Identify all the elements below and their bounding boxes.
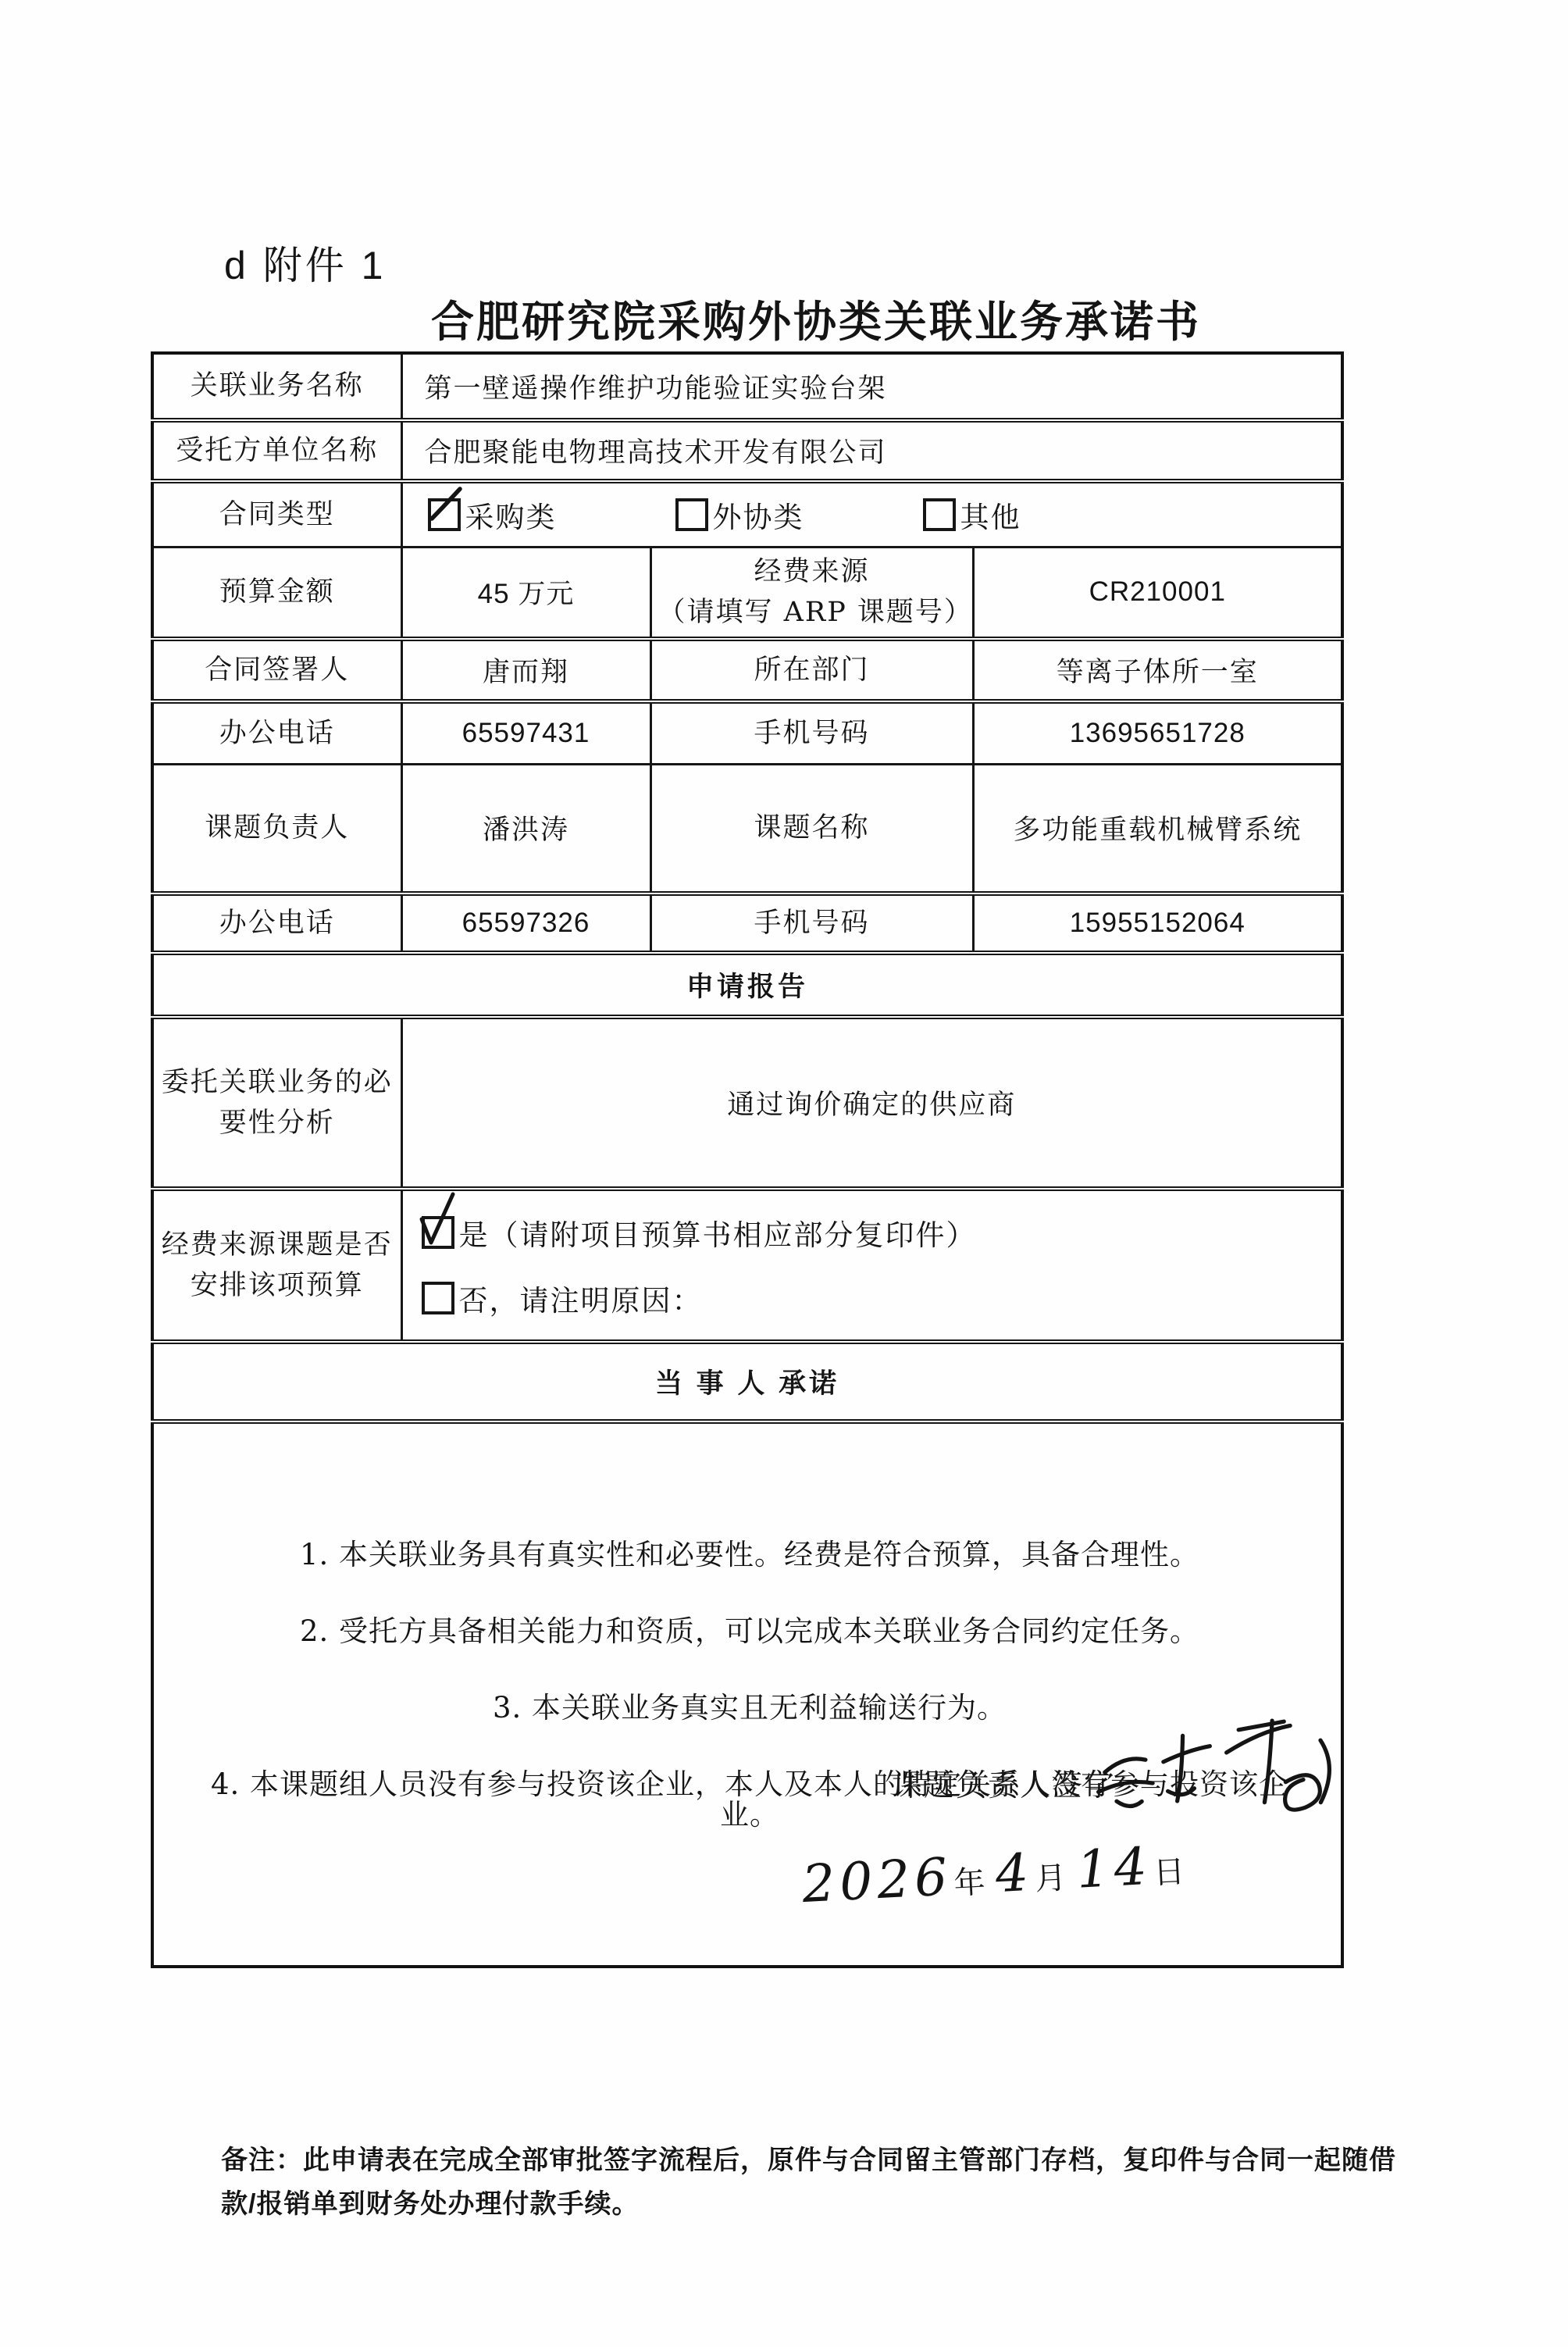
checkbox-no: 否，请注明原因： [422,1277,703,1319]
commitment-header: 当 事 人 承诺 [152,1342,1342,1421]
checkbox-label: 其他 [960,494,1021,536]
budget-arranged-label: 经费来源课题是否安排该项预算 [152,1189,401,1342]
checkbox-label: 采购类 [465,494,557,536]
department-label: 所在部门 [650,639,973,701]
row-necessity: 委托关联业务的必要性分析 通过询价确定的供应商 [152,1017,1342,1189]
checkbox-yes: 是（请附项目预算书相应部分复印件） [422,1211,977,1254]
funding-source-value: CR210001 [973,547,1342,639]
department-value: 等离子体所一室 [973,639,1342,701]
row-budget: 预算金额 45 万元 经费来源 （请填写 ARP 课题号） CR210001 [152,547,1342,639]
commitment-item-2: 2. 受托方具备相关能力和资质，可以完成本关联业务合同约定任务。 [187,1617,1313,1647]
row-pi: 课题负责人 潘洪涛 课题名称 多功能重载机械臂系统 [152,764,1342,894]
office-phone1-label: 办公电话 [152,701,401,764]
mobile2-value: 15955152064 [973,894,1342,953]
signature-date: 2026年4月14日 [800,1834,1196,1914]
row-signer: 合同签署人 唐而翔 所在部门 等离子体所一室 [152,639,1342,701]
row-trustee: 受托方单位名称 合肥聚能电物理高技术开发有限公司 [152,420,1342,481]
budget-value: 45 万元 [401,547,650,639]
trustee-label: 受托方单位名称 [152,420,401,481]
application-report-header: 申请报告 [152,953,1342,1017]
checkbox-label: 外协类 [713,494,804,536]
row-office-phone-2: 办公电话 65597326 手机号码 15955152064 [152,894,1342,953]
budget-label: 预算金额 [152,547,401,639]
project-name-value: 多功能重载机械臂系统 [973,764,1342,894]
row-budget-arranged: 经费来源课题是否安排该项预算 是（请附项目预算书相应部分复印件） [152,1189,1342,1342]
mobile1-label: 手机号码 [650,701,973,764]
signer-value: 唐而翔 [401,639,650,701]
checkbox-icon [923,498,956,531]
row-commitments: 1. 本关联业务具有真实性和必要性。经费是符合预算，具备合理性。 2. 受托方具… [152,1421,1342,1967]
necessity-label: 委托关联业务的必要性分析 [152,1017,401,1189]
necessity-value: 通过询价确定的供应商 [401,1017,1342,1189]
contract-type-options: 采购类 外协类 其他 [401,481,1342,547]
checkbox-outsourcing: 外协类 [675,494,804,536]
attachment-label: d 附件 1 [224,234,386,291]
checkbox-icon [675,498,708,531]
row-application-report-header: 申请报告 [152,953,1342,1017]
date-year: 2026 [800,1846,953,1914]
checkbox-icon [422,1216,454,1249]
business-name-value: 第一壁遥操作维护功能验证实验台架 [401,353,1342,420]
checkbox-other: 其他 [923,494,1021,536]
funding-source-label-sub: （请填写 ARP 课题号） [658,592,966,633]
checkbox-icon [428,498,461,531]
row-business-name: 关联业务名称 第一壁遥操作维护功能验证实验台架 [152,353,1342,420]
project-name-label: 课题名称 [650,764,973,894]
row-contract-type: 合同类型 采购类 外协类 [152,481,1342,547]
date-day: 14 [1075,1836,1153,1900]
checkbox-label: 否，请注明原因： [459,1277,703,1319]
contract-type-label: 合同类型 [152,481,401,547]
checkbox-icon [422,1282,454,1314]
office-phone1-value: 65597431 [401,701,650,764]
date-year-unit: 年 [953,1864,985,1902]
pi-label: 课题负责人 [152,764,401,894]
signature-handwriting [1092,1708,1342,1844]
office-phone2-value: 65597326 [401,894,650,953]
date-month-unit: 月 [1034,1860,1067,1898]
business-name-label: 关联业务名称 [152,353,401,420]
row-commitment-header: 当 事 人 承诺 [152,1342,1342,1421]
checkbox-purchase: 采购类 [428,494,557,536]
funding-source-label-main: 经费来源 [658,551,966,593]
scanned-form-page: d 附件 1 合肥研究院采购外协类关联业务承诺书 关联业务名称 第一壁遥操作维护… [0,0,1568,2347]
signer-label: 合同签署人 [152,639,401,701]
office-phone2-label: 办公电话 [152,894,401,953]
commitments-cell: 1. 本关联业务具有真实性和必要性。经费是符合预算，具备合理性。 2. 受托方具… [152,1421,1342,1967]
signature-label: 课题负责人签字 [892,1761,1116,1805]
pi-value: 潘洪涛 [401,764,650,894]
checkbox-label: 是（请附项目预算书相应部分复印件） [459,1211,977,1254]
trustee-value: 合肥聚能电物理高技术开发有限公司 [401,420,1342,481]
date-day-unit: 日 [1153,1854,1185,1892]
form-table-wrap: 关联业务名称 第一壁遥操作维护功能验证实验台架 受托方单位名称 合肥聚能电物理高… [151,351,1344,1968]
date-month: 4 [994,1842,1035,1904]
funding-source-label: 经费来源 （请填写 ARP 课题号） [650,547,973,639]
mobile2-label: 手机号码 [650,894,973,953]
commitment-item-1: 1. 本关联业务具有真实性和必要性。经费是符合预算，具备合理性。 [187,1540,1313,1571]
budget-arranged-options: 是（请附项目预算书相应部分复印件） 否，请注明原因： [401,1189,1342,1342]
row-office-phone-1: 办公电话 65597431 手机号码 13695651728 [152,701,1342,764]
form-title: 合肥研究院采购外协类关联业务承诺书 [219,287,1413,349]
mobile1-value: 13695651728 [973,701,1342,764]
form-table: 关联业务名称 第一壁遥操作维护功能验证实验台架 受托方单位名称 合肥聚能电物理高… [151,351,1344,1968]
footer-note: 备注：此申请表在完成全部审批签字流程后，原件与合同留主管部门存档，复印件与合同一… [221,2138,1396,2226]
